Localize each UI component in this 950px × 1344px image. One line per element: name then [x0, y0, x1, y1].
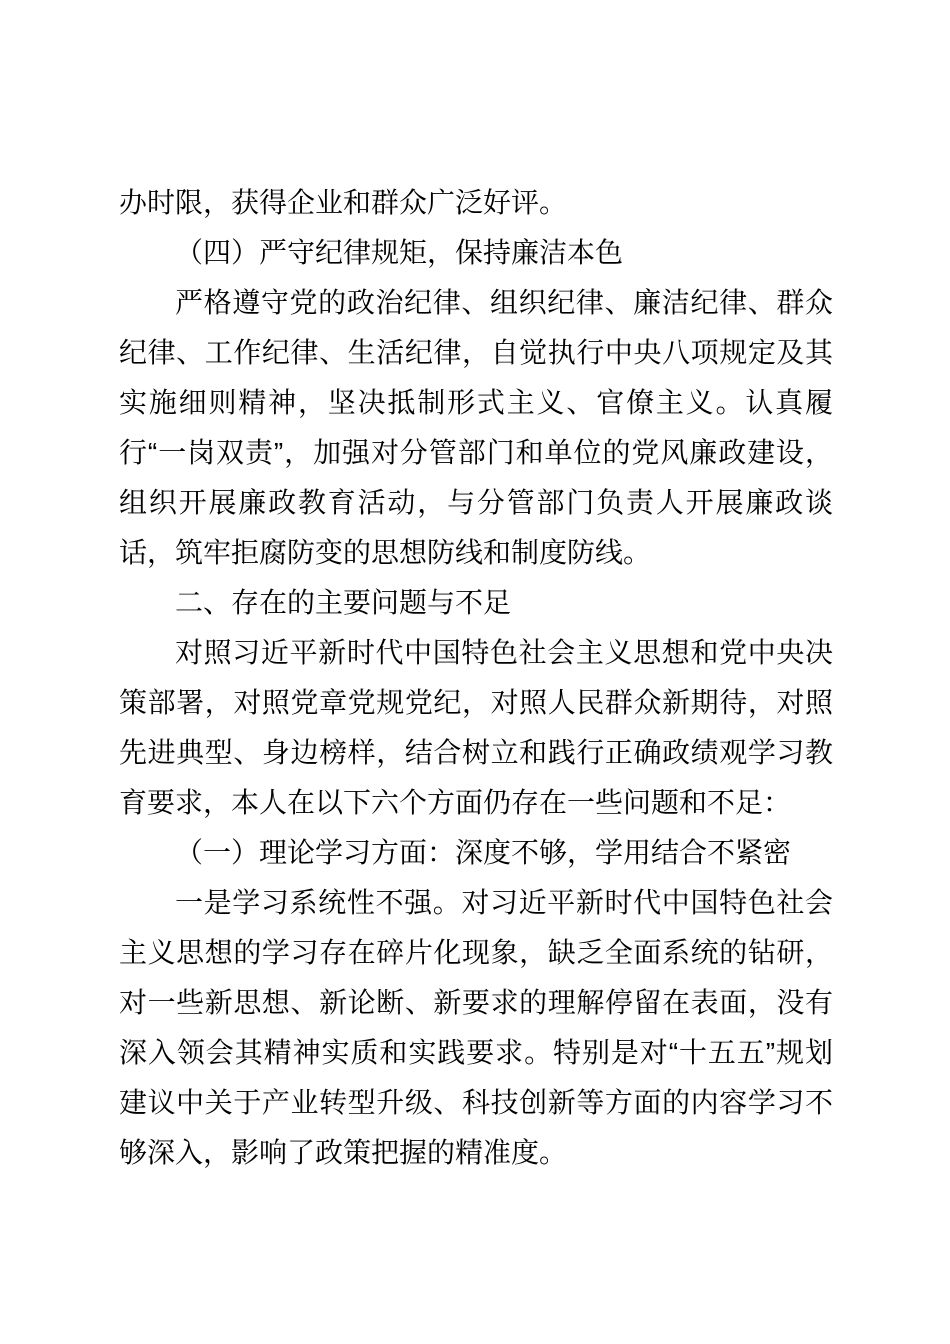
body-paragraph: 严格遵守党的政治纪律、组织纪律、廉洁纪律、群众纪律、工作纪律、生活纪律，自觉执行…	[119, 278, 833, 578]
section-heading: （一）理论学习方面：深度不够，学用结合不紧密	[119, 828, 833, 878]
section-heading: （四）严守纪律规矩，保持廉洁本色	[119, 228, 833, 278]
document-page: 办时限，获得企业和群众广泛好评。（四）严守纪律规矩，保持廉洁本色严格遵守党的政治…	[0, 0, 950, 1344]
body-paragraph: 对照习近平新时代中国特色社会主义思想和党中央决策部署，对照党章党规党纪，对照人民…	[119, 628, 833, 828]
body-paragraph: 一是学习系统性不强。对习近平新时代中国特色社会主义思想的学习存在碎片化现象，缺乏…	[119, 878, 833, 1178]
document-body: 办时限，获得企业和群众广泛好评。（四）严守纪律规矩，保持廉洁本色严格遵守党的政治…	[119, 178, 833, 1178]
section-heading: 二、存在的主要问题与不足	[119, 578, 833, 628]
body-paragraph: 办时限，获得企业和群众广泛好评。	[119, 178, 833, 228]
